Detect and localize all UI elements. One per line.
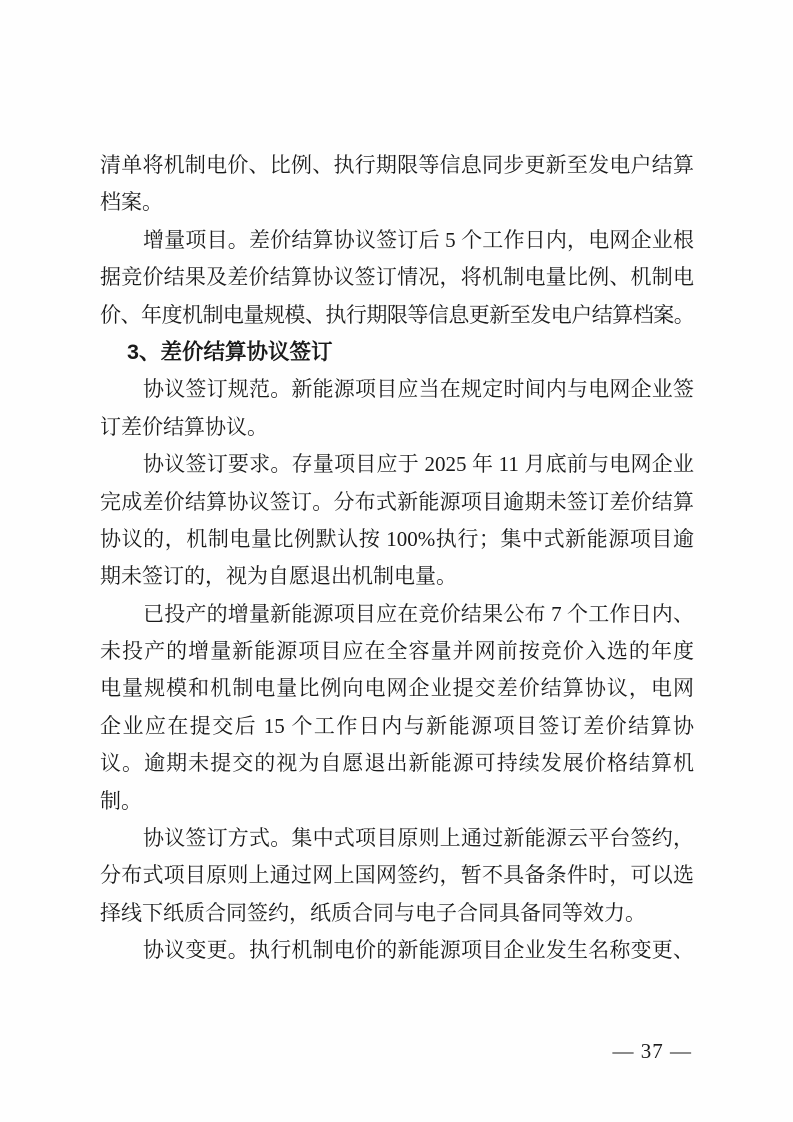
text-line: 清单将机制电价、比例、执行期限等信息同步更新至发电户结算 bbox=[100, 147, 694, 184]
text-line: 电量规模和机制电量比例向电网企业提交差价结算协议，电网 bbox=[100, 670, 694, 707]
document-body: 清单将机制电价、比例、执行期限等信息同步更新至发电户结算档案。增量项目。差价结算… bbox=[100, 147, 694, 970]
text-line: 增量项目。差价结算协议签订后 5 个工作日内，电网企业根 bbox=[100, 222, 694, 259]
text-line: 未投产的增量新能源项目应在全容量并网前按竞价入选的年度 bbox=[100, 633, 694, 670]
text-line: 协议的，机制电量比例默认按 100%执行；集中式新能源项目逾 bbox=[100, 521, 694, 558]
section-heading: 3、差价结算协议签订 bbox=[100, 334, 694, 371]
text-line: 档案。 bbox=[100, 184, 694, 221]
text-line: 订差价结算协议。 bbox=[100, 409, 694, 446]
page-number: — 37 — bbox=[613, 1040, 693, 1062]
text-line: 价、年度机制电量规模、执行期限等信息更新至发电户结算档案。 bbox=[100, 297, 694, 334]
text-line: 协议签订方式。集中式项目原则上通过新能源云平台签约， bbox=[100, 820, 694, 857]
text-line: 期未签订的，视为自愿退出机制电量。 bbox=[100, 558, 694, 595]
text-line: 企业应在提交后 15 个工作日内与新能源项目签订差价结算协 bbox=[100, 708, 694, 745]
text-line: 完成差价结算协议签订。分布式新能源项目逾期未签订差价结算 bbox=[100, 484, 694, 521]
text-line: 据竞价结果及差价结算协议签订情况，将机制电量比例、机制电 bbox=[100, 259, 694, 296]
text-line: 择线下纸质合同签约，纸质合同与电子合同具备同等效力。 bbox=[100, 895, 694, 932]
text-line: 已投产的增量新能源项目应在竞价结果公布 7 个工作日内、 bbox=[100, 596, 694, 633]
text-line: 制。 bbox=[100, 783, 694, 820]
text-line: 议。逾期未提交的视为自愿退出新能源可持续发展价格结算机 bbox=[100, 745, 694, 782]
text-line: 协议签订规范。新能源项目应当在规定时间内与电网企业签 bbox=[100, 371, 694, 408]
text-line: 协议变更。执行机制电价的新能源项目企业发生名称变更、 bbox=[100, 932, 694, 969]
text-line: 分布式项目原则上通过网上国网签约，暂不具备条件时，可以选 bbox=[100, 857, 694, 894]
document-page: 清单将机制电价、比例、执行期限等信息同步更新至发电户结算档案。增量项目。差价结算… bbox=[0, 0, 793, 1122]
text-line: 协议签订要求。存量项目应于 2025 年 11 月底前与电网企业 bbox=[100, 446, 694, 483]
